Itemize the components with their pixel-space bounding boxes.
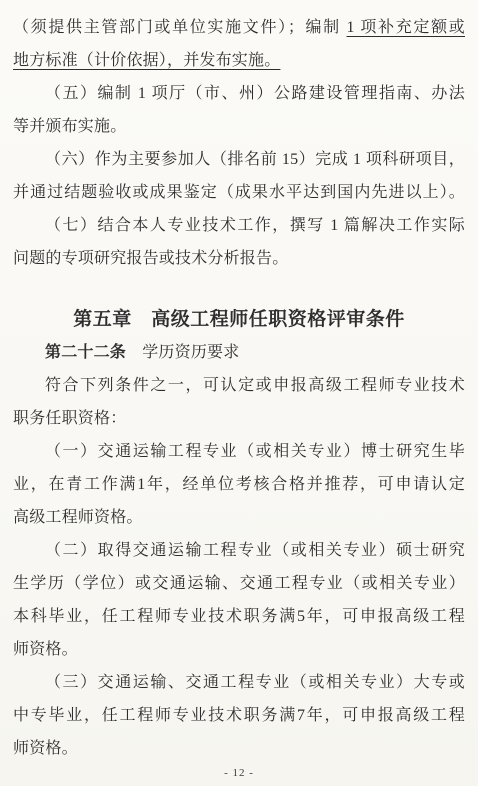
text-segment: （一）交通运输工程专业（或相关专业）博士研究生毕 [45, 443, 465, 460]
text-line: 高级工程师资格。 [13, 501, 465, 534]
text-segment: 生学历（学位）或交通运输、交通工程专业（或相关专业） [13, 575, 465, 592]
text-line: 等并颁布实施。 [13, 110, 465, 143]
text-segment: （须提供主管部门或单位实施文件）；编制 [13, 19, 347, 36]
text-segment: （五）编制 1 项厅（市、州）公路建设管理指南、办法 [45, 85, 465, 102]
text-segment: （二）取得交通运输工程专业（或相关专业）硕士研究 [45, 542, 465, 559]
text-line: 符合下列条件之一，可认定或申报高级工程师专业技术 [13, 369, 465, 402]
text-line: （须提供主管部门或单位实施文件）；编制 1 项补充定额或 [13, 11, 465, 44]
text-line: 问题的专项研究报告或技术分析报告。 [13, 242, 465, 275]
text-line: （七）结合本人专业技术工作，撰写 1 篇解决工作实际 [13, 209, 465, 242]
chapter-heading: 第五章 高级工程师任职资格评审条件 [13, 303, 465, 336]
text-segment: 师资格。 [13, 641, 78, 658]
text-line: 第二十二条 学历资历要求 [13, 336, 465, 369]
text-line: 本科毕业，任工程师专业技术职务满5年，可申报高级工程 [13, 600, 465, 633]
text-segment: （七）结合本人专业技术工作，撰写 1 篇解决工作实际 [45, 217, 465, 234]
text-line: （三）交通运输、交通工程专业（或相关专业）大专或 [13, 666, 465, 699]
text-segment: 学历资历要求 [126, 344, 239, 361]
text-line: （五）编制 1 项厅（市、州）公路建设管理指南、办法 [13, 77, 465, 110]
text-line: 职务任职资格： [13, 402, 465, 435]
document-content: （须提供主管部门或单位实施文件）；编制 1 项补充定额或地方标准（计价依据），并… [13, 11, 465, 765]
text-segment: （三）交通运输、交通工程专业（或相关专业）大专或 [45, 674, 465, 691]
text-segment: 1 项补充定额或 [347, 19, 465, 36]
text-segment: 第五章 高级工程师任职资格评审条件 [73, 309, 405, 330]
text-segment: 并通过结题验收或成果鉴定（成果水平达到国内先进以上）。 [13, 184, 465, 201]
text-segment: 问题的专项研究报告或技术分析报告。 [13, 250, 288, 267]
text-line: 业，在青工作满1年，经单位考核合格并推荐，可申请认定 [13, 468, 465, 501]
document-page: （须提供主管部门或单位实施文件）；编制 1 项补充定额或地方标准（计价依据），并… [0, 0, 478, 786]
text-line: 地方标准（计价依据），并发布实施。 [13, 44, 465, 77]
page-number: - 12 - [0, 767, 478, 779]
text-line: 生学历（学位）或交通运输、交通工程专业（或相关专业） [13, 567, 465, 600]
text-segment: 地方标准（计价依据），并发布实施。 [13, 52, 280, 69]
text-segment: （六）作为主要参加人（排名前 15）完成 1 项科研项目， [45, 151, 465, 168]
text-segment: 师资格。 [13, 740, 78, 757]
text-segment: 本科毕业，任工程师专业技术职务满5年，可申报高级工程 [13, 608, 465, 625]
text-segment: 业，在青工作满1年，经单位考核合格并推荐，可申请认定 [13, 476, 465, 493]
text-line: 师资格。 [13, 732, 465, 765]
text-line: 中专毕业，任工程师专业技术职务满7年，可申报高级工程 [13, 699, 465, 732]
text-line: 并通过结题验收或成果鉴定（成果水平达到国内先进以上）。 [13, 176, 465, 209]
text-line: 师资格。 [13, 633, 465, 666]
text-segment: 符合下列条件之一，可认定或申报高级工程师专业技术 [45, 377, 465, 394]
text-segment: 高级工程师资格。 [13, 509, 143, 526]
text-segment: 中专毕业，任工程师专业技术职务满7年，可申报高级工程 [13, 707, 465, 724]
text-segment: 职务任职资格： [13, 410, 126, 427]
text-segment: 第二十二条 [45, 344, 126, 361]
text-segment: 等并颁布实施。 [13, 118, 126, 135]
text-line: （二）取得交通运输工程专业（或相关专业）硕士研究 [13, 534, 465, 567]
text-line: （一）交通运输工程专业（或相关专业）博士研究生毕 [13, 435, 465, 468]
text-line: （六）作为主要参加人（排名前 15）完成 1 项科研项目， [13, 143, 465, 176]
